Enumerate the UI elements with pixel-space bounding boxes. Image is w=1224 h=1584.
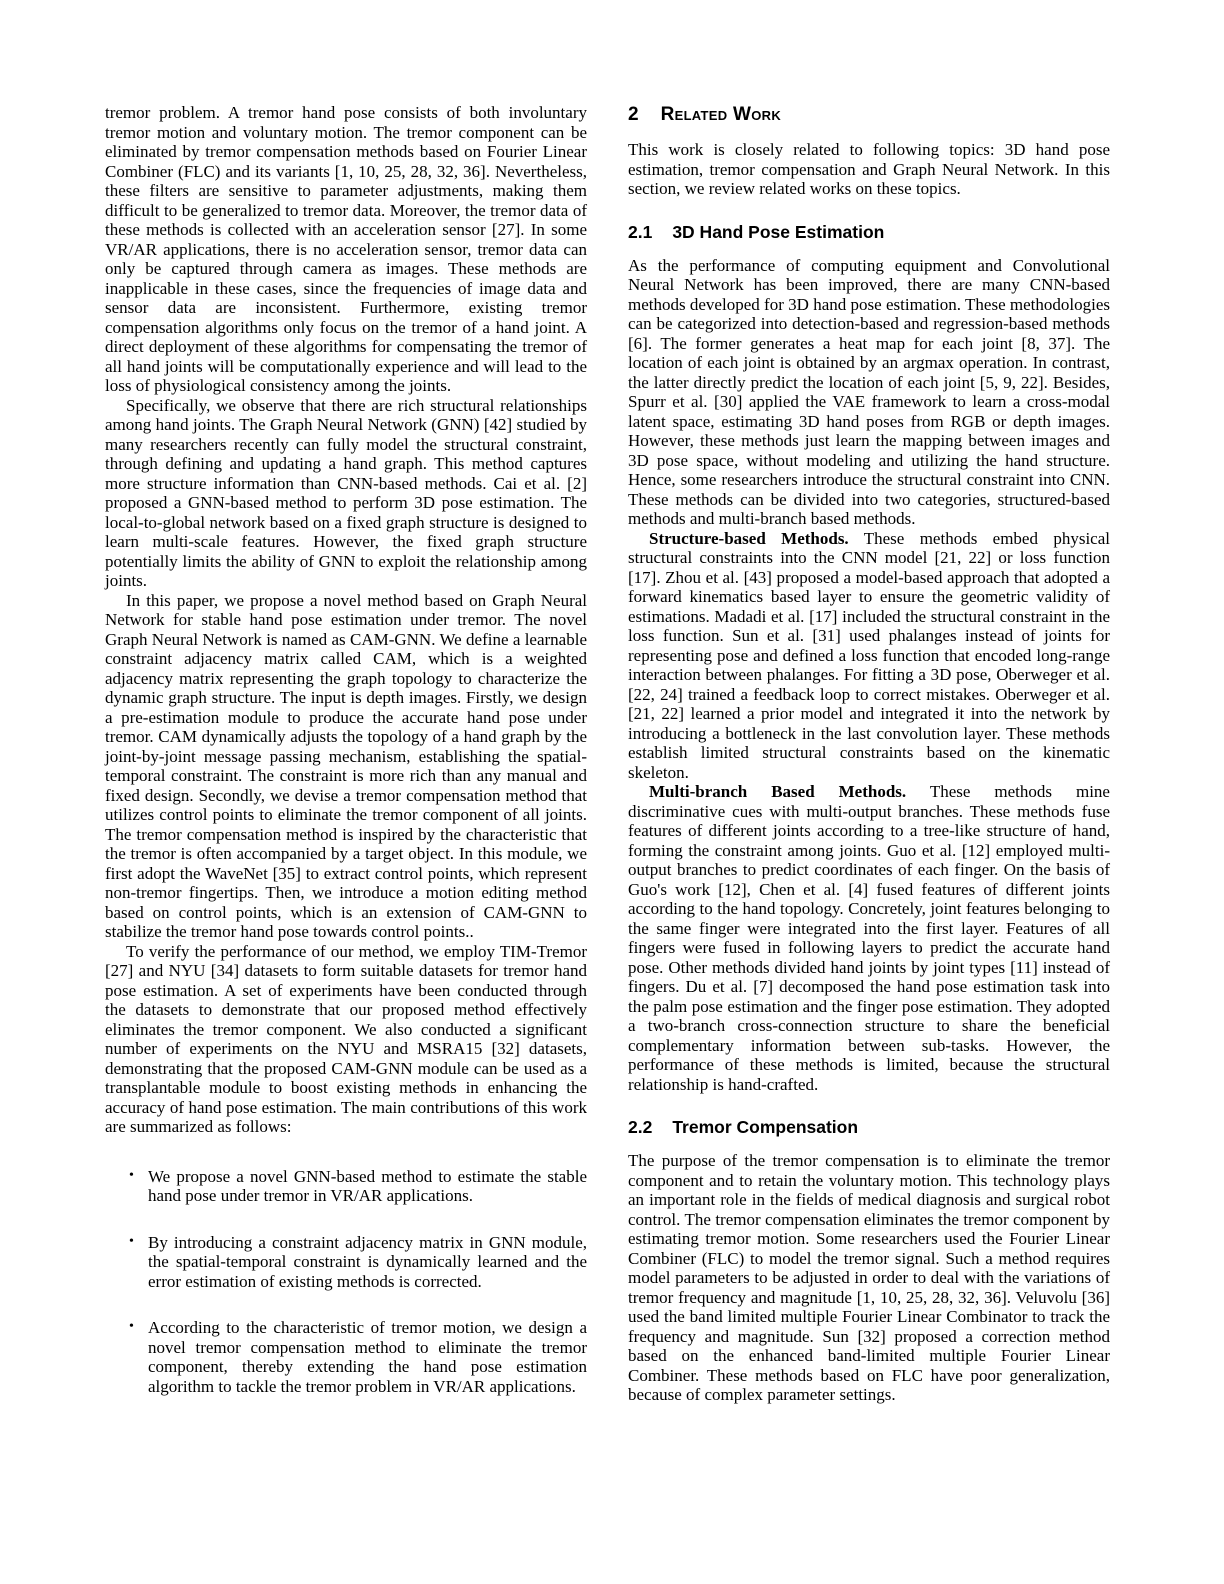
paragraph-intro-continuation: tremor problem. A tremor hand pose consi… [105, 103, 587, 396]
list-item: •By introducing a constraint adjacency m… [129, 1233, 587, 1292]
section-title: Related Work [661, 104, 781, 125]
left-column: tremor problem. A tremor hand pose consi… [105, 103, 587, 1423]
list-item: •We propose a novel GNN-based method to … [129, 1167, 587, 1206]
subsection-heading-hand-pose: 2.13D Hand Pose Estimation [628, 222, 1110, 243]
list-item: •According to the characteristic of trem… [129, 1318, 587, 1396]
paragraph-multibranch-methods: Multi-branch Based Methods. These method… [628, 782, 1110, 1094]
paragraph-tremor-compensation: The purpose of the tremor compensation i… [628, 1151, 1110, 1405]
runin-heading-structure-methods: Structure-based Methods. [649, 529, 849, 548]
bullet-icon: • [129, 1166, 134, 1186]
subsection-heading-tremor-compensation: 2.2Tremor Compensation [628, 1117, 1110, 1138]
subsection-title: 3D Hand Pose Estimation [672, 222, 884, 242]
contributions-list: •We propose a novel GNN-based method to … [105, 1167, 587, 1397]
contribution-text: We propose a novel GNN-based method to e… [148, 1167, 587, 1206]
subsection-number: 2.1 [628, 222, 652, 242]
contribution-text: By introducing a constraint adjacency ma… [148, 1233, 587, 1291]
bullet-icon: • [129, 1317, 134, 1337]
paragraph-hand-pose: As the performance of computing equipmen… [628, 256, 1110, 529]
bullet-icon: • [129, 1232, 134, 1252]
paragraph-multibranch-methods-text: These methods mine discriminative cues w… [628, 782, 1110, 1094]
paragraph-experiments: To verify the performance of our method,… [105, 942, 587, 1137]
section-heading-related-work: 2Related Work [628, 103, 1110, 126]
subsection-number: 2.2 [628, 1117, 652, 1137]
paragraph-structure-methods: Structure-based Methods. These methods e… [628, 529, 1110, 783]
runin-heading-multibranch-methods: Multi-branch Based Methods. [649, 782, 906, 801]
right-column: 2Related Work This work is closely relat… [628, 103, 1110, 1405]
paragraph-related-work-intro: This work is closely related to followin… [628, 140, 1110, 199]
section-number: 2 [628, 104, 639, 125]
paper-page: tremor problem. A tremor hand pose consi… [0, 0, 1224, 1584]
subsection-title: Tremor Compensation [672, 1117, 858, 1137]
contribution-text: According to the characteristic of tremo… [148, 1318, 587, 1396]
paragraph-gnn-motivation: Specifically, we observe that there are … [105, 396, 587, 591]
paragraph-structure-methods-text: These methods embed physical structural … [628, 529, 1110, 782]
paragraph-proposed-method: In this paper, we propose a novel method… [105, 591, 587, 942]
